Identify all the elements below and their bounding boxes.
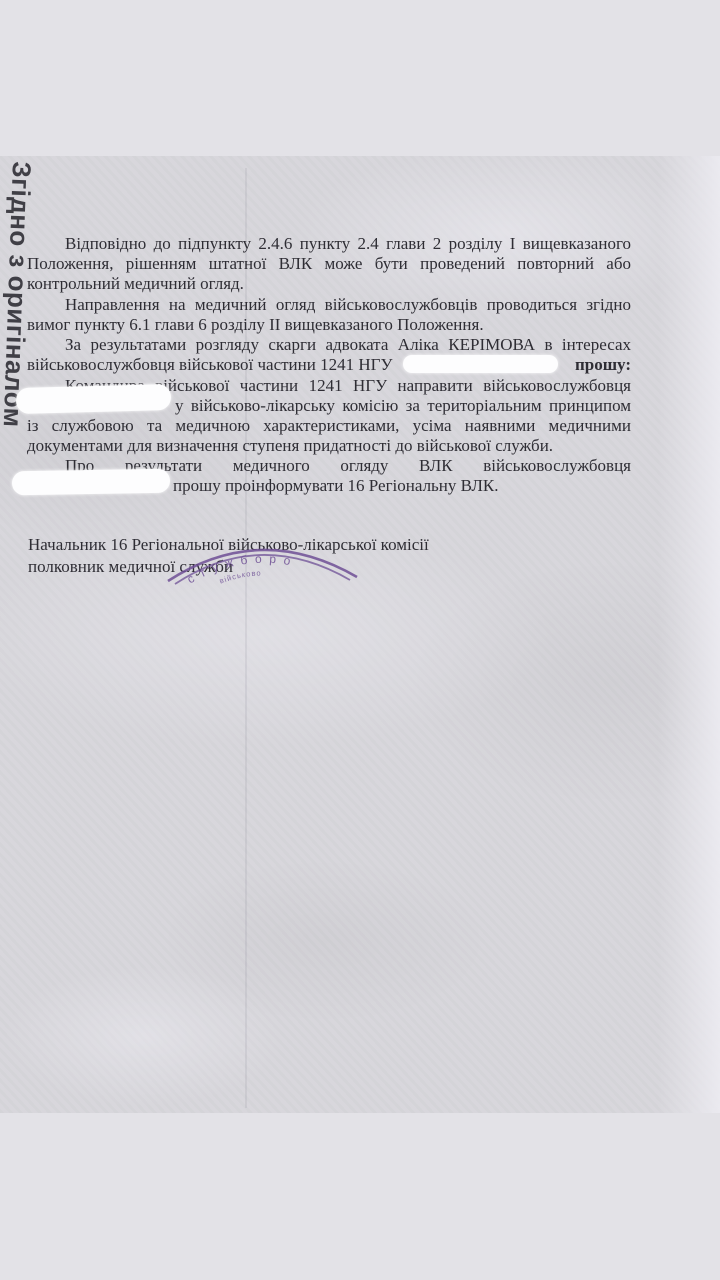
document-line: контрольний медичний огляд.: [27, 273, 631, 294]
document-line: із службовою та медичною характеристикам…: [27, 415, 631, 436]
round-ink-stamp: с т у ж б о р о військово: [153, 542, 368, 600]
document-line: Направлення на медичний огляд військовос…: [27, 294, 631, 315]
redaction-patch: [16, 384, 172, 414]
document-line: вимог пункту 6.1 глави 6 розділу ІІ вище…: [27, 314, 631, 335]
line-text-before-redaction: військовослужбовця військової частини 12…: [27, 354, 392, 375]
redaction-patch: [403, 355, 558, 373]
scanned-document-page: { "page": { "background_color": "#e3e2e7…: [0, 0, 720, 1280]
document-line: Відповідно до підпункту 2.4.6 пункту 2.4…: [27, 233, 631, 254]
document-line: Положення, рішенням штатної ВЛК може бут…: [27, 253, 631, 274]
document-line: За результатами розгляду скарги адвоката…: [27, 334, 631, 355]
request-keyword: прошу:: [575, 354, 631, 375]
svg-text:с т у ж б о р о: с т у ж б о р о: [185, 552, 294, 587]
paper-light-band: [658, 156, 720, 1113]
stamp-ring-text: с т у ж б о р о: [185, 552, 294, 587]
document-line: документами для визначення ступеня прида…: [27, 435, 631, 456]
redaction-patch: [12, 469, 170, 496]
